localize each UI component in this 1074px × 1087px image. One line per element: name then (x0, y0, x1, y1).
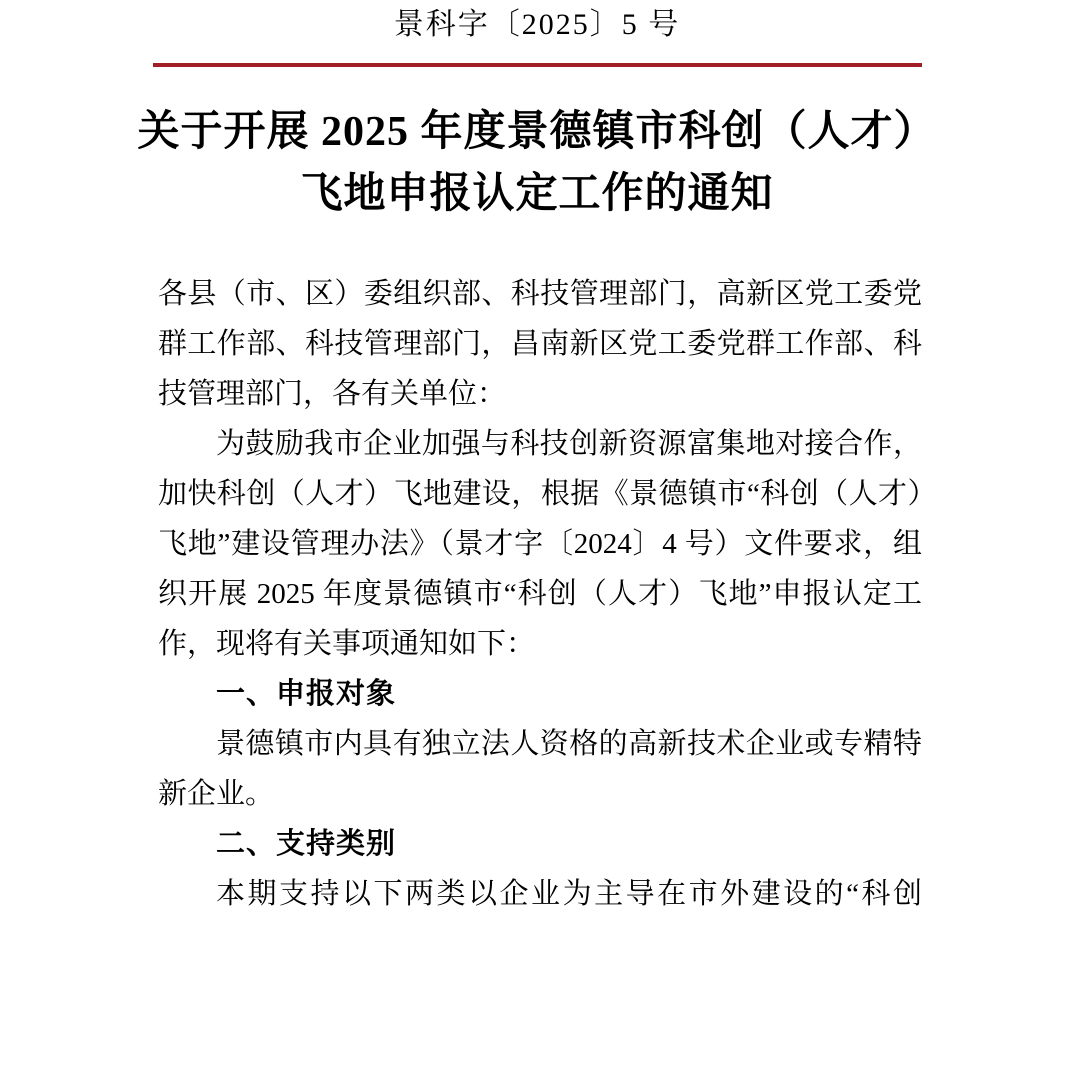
document-body: 各县（市、区）委组织部、科技管理部门，高新区党工委党群工作部、科技管理部门，昌南… (158, 269, 922, 919)
doc-number: 景科字〔2025〕5 号 (0, 0, 1074, 42)
document-title: 关于开展 2025 年度景德镇市科创（人才） 飞地申报认定工作的通知 (80, 101, 994, 225)
paragraph-support-categories-intro: 本期支持以下两类以企业为主导在市外建设的“科创 (158, 869, 922, 919)
paragraph-application-targets: 景德镇市内具有独立法人资格的高新技术企业或专精特新企业。 (158, 719, 922, 819)
title-line-2: 飞地申报认定工作的通知 (300, 171, 773, 217)
paragraph-intro: 为鼓励我市企业加强与科技创新资源富集地对接合作，加快科创（人才）飞地建设，根据《… (158, 419, 922, 669)
section-heading-support-categories: 二、支持类别 (158, 819, 922, 869)
header-divider-line (153, 63, 922, 67)
paragraph-addressees: 各县（市、区）委组织部、科技管理部门，高新区党工委党群工作部、科技管理部门，昌南… (158, 269, 922, 419)
title-line-1: 关于开展 2025 年度景德镇市科创（人才） (137, 109, 936, 155)
section-heading-application-targets: 一、申报对象 (158, 669, 922, 719)
document-page: 景科字〔2025〕5 号 关于开展 2025 年度景德镇市科创（人才） 飞地申报… (0, 0, 1074, 1087)
